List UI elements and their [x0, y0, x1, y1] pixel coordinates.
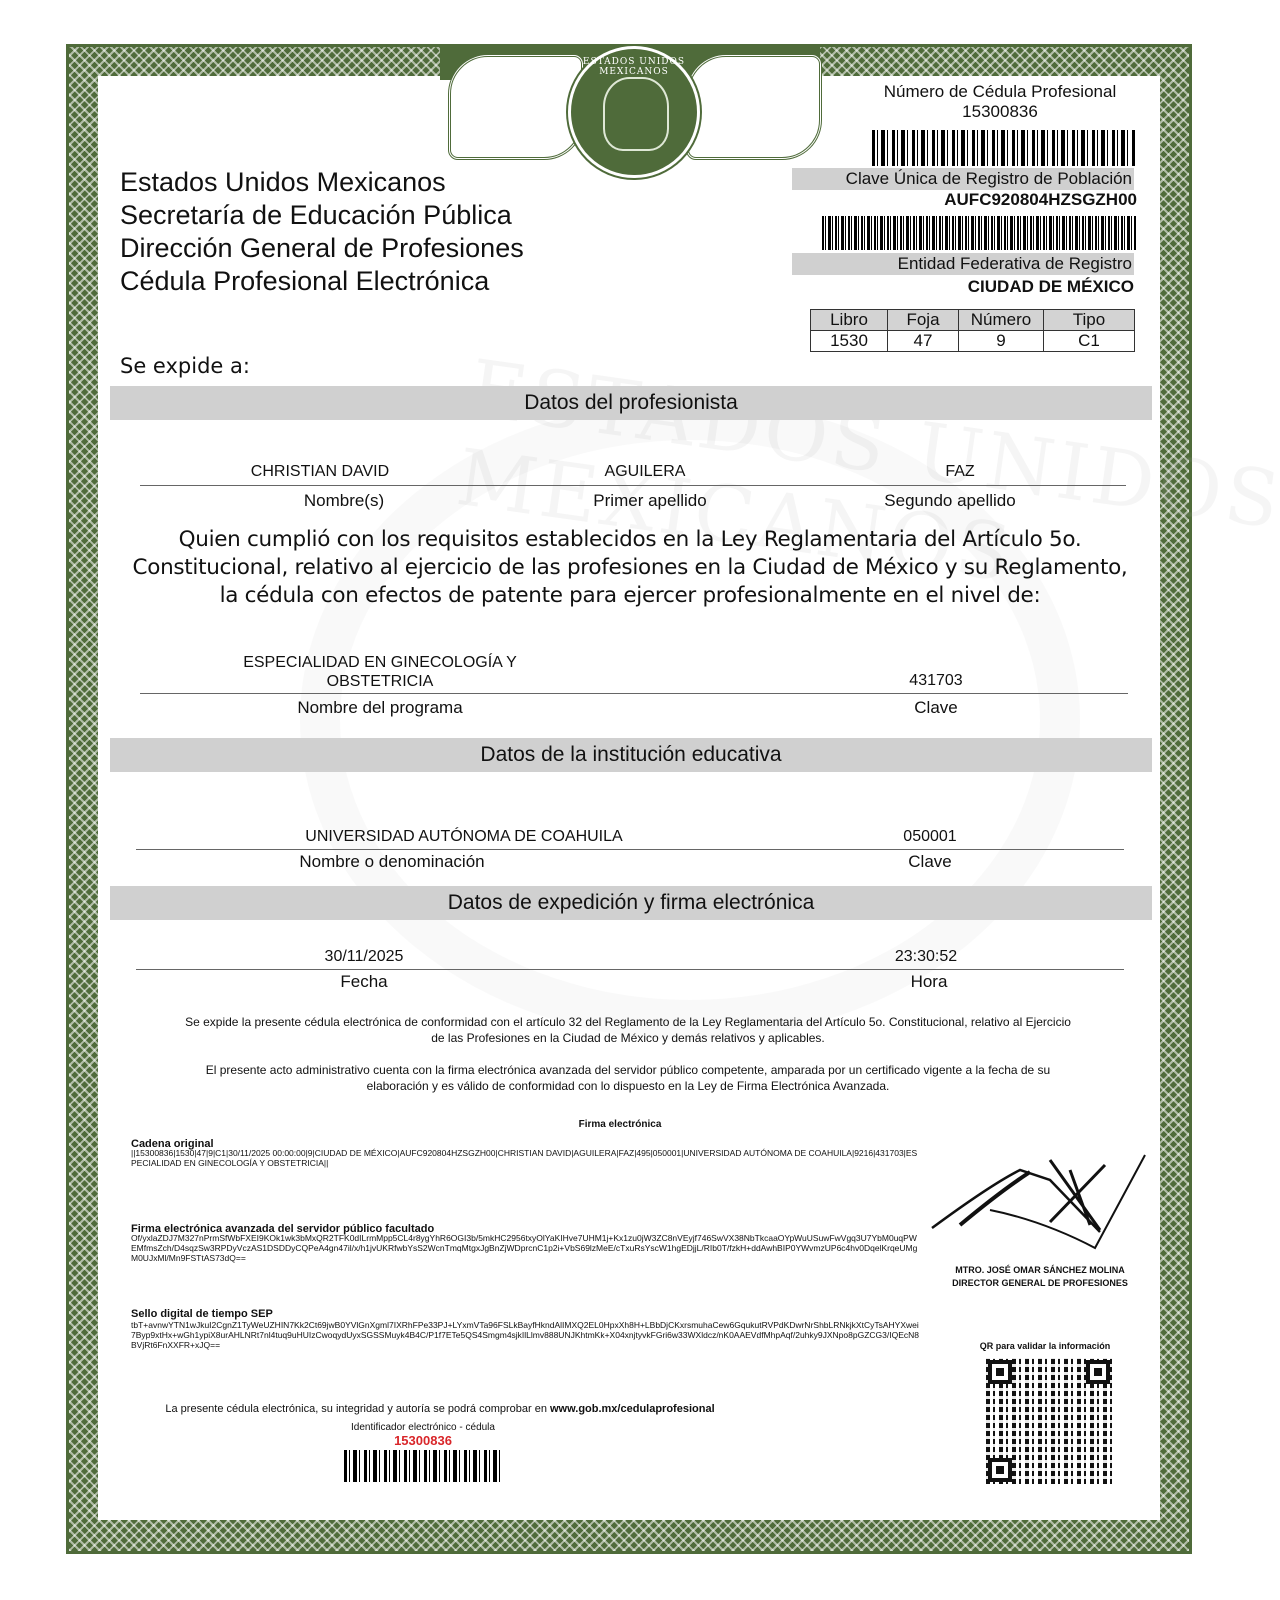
curp-value: AUFC920804HZSGZH00	[944, 190, 1137, 210]
firma-electronica-title: Firma electrónica	[500, 1119, 740, 1130]
seal-wing-left	[448, 54, 584, 160]
registry-table-row: 1530 47 9 C1	[811, 331, 1135, 352]
qr-finder-icon	[988, 1360, 1012, 1384]
heading-secretariat: Secretaría de Educación Pública	[120, 199, 524, 232]
header-foja: Foja	[888, 310, 959, 331]
primer-apellido-label: Primer apellido	[540, 491, 760, 511]
header-libro: Libro	[811, 310, 888, 331]
qr-code-icon[interactable]	[986, 1358, 1112, 1484]
institucion-nombre-label: Nombre o denominación	[244, 852, 540, 872]
verification-note-text: La presente cédula electrónica, su integ…	[165, 1403, 550, 1415]
divider	[140, 485, 1126, 486]
cedula-number-block: Número de Cédula Profesional 15300836	[860, 82, 1140, 122]
section-institucion: Datos de la institución educativa	[110, 738, 1152, 772]
programa-nombre-line-2: OBSTETRICIA	[200, 672, 560, 691]
declaration-line-3: la cédula con efectos de patente para ej…	[100, 582, 1160, 610]
verification-note: La presente cédula electrónica, su integ…	[120, 1403, 760, 1415]
hora-label: Hora	[866, 972, 992, 992]
institucion-clave-label: Clave	[870, 852, 990, 872]
legal-p2-line-1: El presente acto administrativo cuenta c…	[126, 1062, 1130, 1078]
seal-text: ESTADOS UNIDOS MEXICANOS	[571, 57, 697, 77]
programa-clave: 431703	[876, 672, 996, 690]
nombres-label: Nombre(s)	[200, 491, 488, 511]
expedicion-hora: 23:30:52	[866, 948, 986, 966]
programa-nombre: ESPECIALIDAD EN GINECOLOGÍA Y OBSTETRICI…	[200, 653, 560, 691]
cedula-number-label: Número de Cédula Profesional	[860, 82, 1140, 102]
curp-barcode-icon	[822, 216, 1136, 250]
institucion-nombre: UNIVERSIDAD AUTÓNOMA DE COAHUILA	[264, 828, 664, 846]
verification-link[interactable]: www.gob.mx/cedulaprofesional	[550, 1403, 715, 1415]
profesionista-segundo-apellido: FAZ	[860, 463, 1060, 481]
signatory-name: MTRO. JOSÉ OMAR SÁNCHEZ MOLINA	[930, 1264, 1150, 1277]
institucion-clave: 050001	[870, 828, 990, 846]
declaration-paragraph: Quien cumplió con los requisitos estable…	[100, 526, 1160, 610]
legal-p2-line-2: elaboración y es válido de conformidad c…	[126, 1078, 1130, 1094]
heading-document-type: Cédula Profesional Electrónica	[120, 265, 524, 298]
legal-paragraph-2: El presente acto administrativo cuenta c…	[126, 1062, 1130, 1094]
qr-label: QR para validar la información	[960, 1341, 1130, 1351]
entidad-value: CIUDAD DE MÉXICO	[968, 277, 1134, 297]
sello-digital-text: tbT+avnwYTN1wJkuI2CgnZ1TyWeUZHIN7Kk2Ct69…	[131, 1320, 921, 1350]
cadena-original-text: ||15300836|1530|47|9|C1|30/11/2025 00:00…	[131, 1148, 921, 1168]
legal-p1-line-1: Se expide la presente cédula electrónica…	[126, 1014, 1130, 1030]
divider	[136, 969, 1124, 970]
coat-of-arms-icon: ESTADOS UNIDOS MEXICANOS	[568, 46, 700, 178]
sello-digital-title: Sello digital de tiempo SEP	[131, 1308, 273, 1320]
divider	[140, 693, 1128, 694]
value-libro: 1530	[811, 331, 888, 352]
cedula-barcode-icon	[872, 130, 1136, 166]
firma-avanzada-text: Of/yxlaZDJ7M327nPrmSfWbFXEI9KOk1wk3bMxQR…	[131, 1233, 921, 1263]
qr-finder-icon	[1086, 1360, 1110, 1384]
seal-wing-right	[686, 54, 822, 160]
header-tipo: Tipo	[1044, 310, 1135, 331]
heading-country: Estados Unidos Mexicanos	[120, 166, 524, 199]
electronic-id-label: Identificador electrónico - cédula	[300, 1422, 546, 1433]
heading-directorate: Dirección General de Profesiones	[120, 232, 524, 265]
electronic-id-barcode-icon	[344, 1450, 504, 1482]
qr-finder-icon	[988, 1458, 1012, 1482]
curp-label: Clave Única de Registro de Población	[846, 169, 1132, 189]
cedula-number-value: 15300836	[860, 102, 1140, 122]
header-numero: Número	[959, 310, 1044, 331]
section-expedicion: Datos de expedición y firma electrónica	[110, 886, 1152, 920]
registry-table-header: Libro Foja Número Tipo	[811, 310, 1135, 331]
fecha-label: Fecha	[296, 972, 432, 992]
programa-clave-label: Clave	[876, 698, 996, 718]
electronic-id-number: 15300836	[300, 1433, 546, 1448]
eagle-icon	[603, 77, 669, 151]
profesionista-primer-apellido: AGUILERA	[540, 463, 750, 481]
profesionista-nombres: CHRISTIAN DAVID	[200, 463, 440, 481]
value-numero: 9	[959, 331, 1044, 352]
signatory-title: DIRECTOR GENERAL DE PROFESIONES	[930, 1277, 1150, 1290]
section-profesionista: Datos del profesionista	[110, 386, 1152, 420]
registry-table: Libro Foja Número Tipo 1530 47 9 C1	[810, 309, 1135, 352]
signatory-block: MTRO. JOSÉ OMAR SÁNCHEZ MOLINA DIRECTOR …	[930, 1264, 1150, 1290]
expedicion-fecha: 30/11/2025	[296, 948, 432, 966]
issuer-heading: Estados Unidos Mexicanos Secretaría de E…	[120, 166, 524, 298]
signature-icon	[930, 1150, 1150, 1260]
divider	[136, 849, 1124, 850]
legal-paragraph-1: Se expide la presente cédula electrónica…	[126, 1014, 1130, 1046]
segundo-apellido-label: Segundo apellido	[860, 491, 1040, 511]
se-expide-label: Se expide a:	[120, 354, 250, 378]
value-tipo: C1	[1044, 331, 1135, 352]
programa-nombre-line-1: ESPECIALIDAD EN GINECOLOGÍA Y	[200, 653, 560, 672]
value-foja: 47	[888, 331, 959, 352]
entidad-label: Entidad Federativa de Registro	[898, 254, 1132, 274]
declaration-line-2: Constitucional, relativo al ejercicio de…	[100, 554, 1160, 582]
legal-p1-line-2: de las Profesiones en la Ciudad de Méxic…	[126, 1030, 1130, 1046]
programa-nombre-label: Nombre del programa	[250, 698, 510, 718]
declaration-line-1: Quien cumplió con los requisitos estable…	[100, 526, 1160, 554]
